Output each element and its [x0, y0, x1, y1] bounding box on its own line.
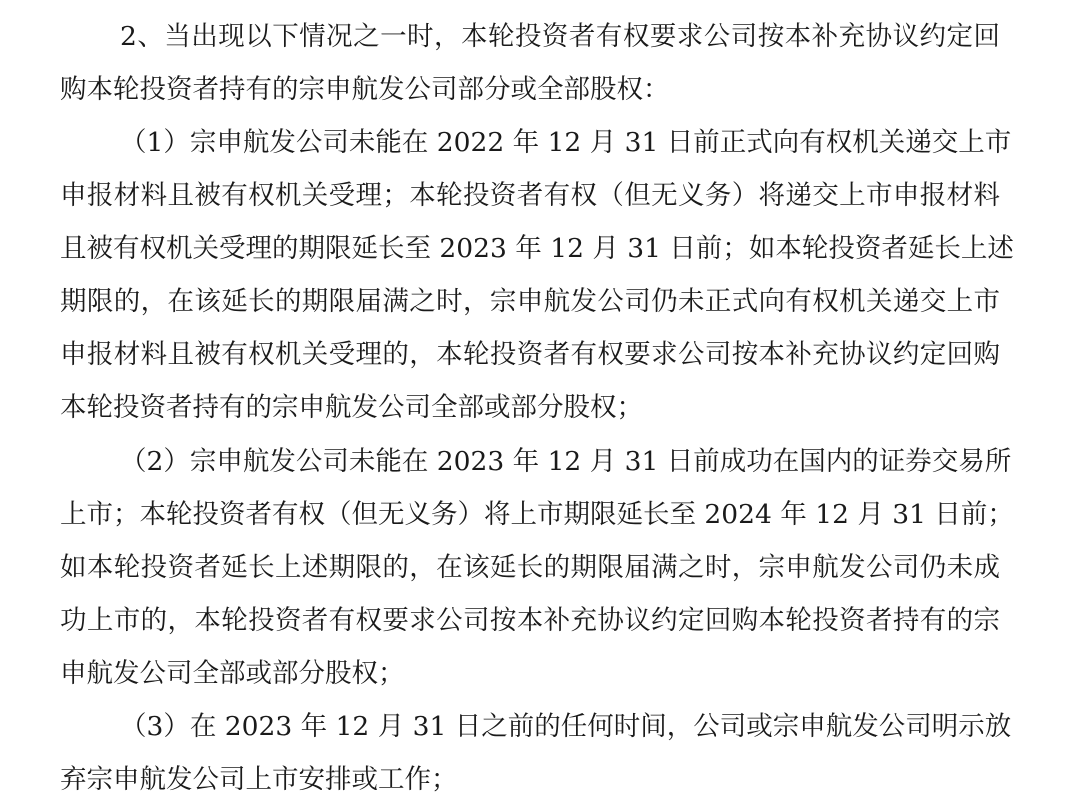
item-1-line-3: 且被有权机关受理的期限延长至 2023 年 12 月 31 日前；如本轮投资者延… — [60, 229, 1000, 269]
item-2-line-4: 功上市的，本轮投资者有权要求公司按本补充协议约定回购本轮投资者持有的宗 — [60, 601, 1000, 641]
document-page: 2、当出现以下情况之一时，本轮投资者有权要求公司按本补充协议约定回 购本轮投资者… — [0, 0, 1080, 803]
item-1-line-6: 本轮投资者持有的宗申航发公司全部或部分股权； — [60, 388, 1000, 428]
clause-2-line-2: 购本轮投资者持有的宗申航发公司部分或全部股权： — [60, 70, 1000, 110]
item-1-line-2: 申报材料且被有权机关受理；本轮投资者有权（但无义务）将递交上市申报材料 — [60, 176, 1000, 216]
item-1-line-1: （1）宗申航发公司未能在 2022 年 12 月 31 日前正式向有权机关递交上… — [120, 123, 1000, 163]
item-2-line-1: （2）宗申航发公司未能在 2023 年 12 月 31 日前成功在国内的证券交易… — [120, 442, 1000, 482]
item-1-line-5: 申报材料且被有权机关受理的，本轮投资者有权要求公司按本补充协议约定回购 — [60, 335, 1000, 375]
item-1-line-4: 期限的，在该延长的期限届满之时，宗申航发公司仍未正式向有权机关递交上市 — [60, 282, 1000, 322]
item-2-line-5: 申航发公司全部或部分股权； — [60, 654, 1000, 694]
item-3-line-2: 弃宗申航发公司上市安排或工作； — [60, 760, 1000, 800]
clause-2-line-1: 2、当出现以下情况之一时，本轮投资者有权要求公司按本补充协议约定回 — [120, 17, 1000, 57]
item-3-line-1: （3）在 2023 年 12 月 31 日之前的任何时间，公司或宗申航发公司明示… — [120, 707, 1000, 747]
item-2-line-3: 如本轮投资者延长上述期限的，在该延长的期限届满之时，宗申航发公司仍未成 — [60, 548, 1000, 588]
item-2-line-2: 上市；本轮投资者有权（但无义务）将上市期限延长至 2024 年 12 月 31 … — [60, 495, 1000, 535]
